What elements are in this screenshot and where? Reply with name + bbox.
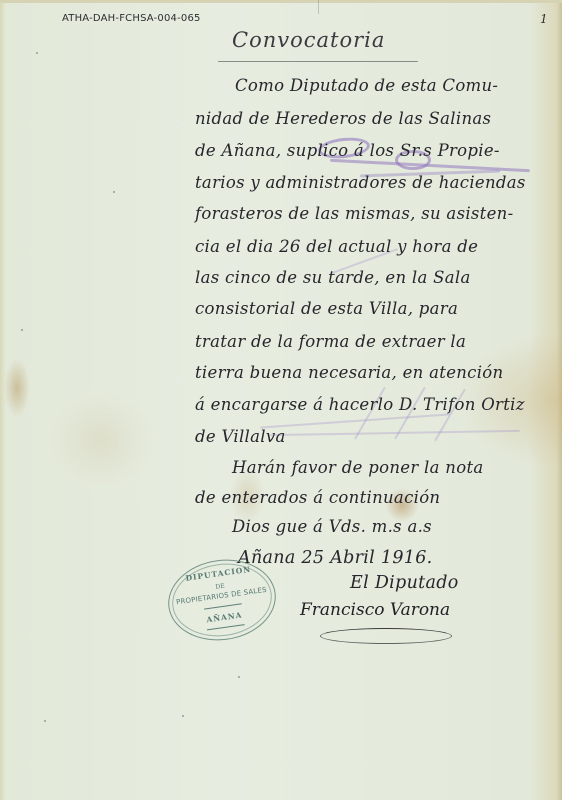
body-line: tarios y administradores de haciendas	[195, 173, 526, 192]
body-line: cia el dia 26 del actual y hora de	[195, 237, 478, 256]
paper-speck	[36, 52, 38, 54]
body-line: forasteros de las mismas, su asisten-	[195, 204, 513, 223]
body-line: las cinco de su tarde, en la Sala	[195, 268, 471, 287]
paper-speck	[44, 720, 46, 722]
closing-line: Dios gue á Vds. m.s a.s	[232, 517, 432, 536]
closing-line: Harán favor de poner la nota	[232, 458, 484, 477]
body-line: de Añana, suplico á los Sr.s Propie-	[195, 141, 500, 160]
faint-purple-stroke	[260, 413, 450, 428]
signature: Francisco Varona	[300, 600, 450, 620]
archive-reference: ATHA-DAH-FCHSA-004-065	[62, 13, 201, 24]
paper-speck	[21, 329, 23, 331]
body-line: de Villalva	[195, 427, 286, 446]
signer-title: El Diputado	[350, 573, 459, 593]
paper-speck	[113, 191, 115, 193]
body-line: consistorial de esta Villa, para	[195, 299, 458, 318]
paper-stain-left	[4, 358, 30, 418]
paper-fold-mark	[318, 0, 319, 14]
paper-top-edge	[0, 0, 562, 3]
body-line: tierra buena necesaria, en atención	[195, 363, 503, 382]
page-number: 1	[540, 12, 548, 26]
official-stamp: DIPUTACION DE PROPIETARIOS DE SALES AÑAN…	[163, 553, 281, 647]
body-line: Como Diputado de esta Comu-	[235, 76, 498, 95]
document-page: ATHA-DAH-FCHSA-004-065 1 Convocatoria Co…	[0, 0, 562, 800]
body-line: tratar de la forma de extraer la	[195, 332, 466, 351]
paper-speck	[182, 715, 184, 717]
closing-line: de enterados á continuación	[195, 488, 440, 507]
paper-speck	[238, 676, 240, 678]
body-line: nidad de Herederos de las Salinas	[195, 109, 491, 128]
signature-rubric	[320, 628, 452, 644]
body-line: á encargarse á hacerlo D. Trifon Ortiz	[195, 395, 525, 414]
document-title: Convocatoria	[232, 28, 385, 52]
title-underline	[218, 61, 418, 62]
